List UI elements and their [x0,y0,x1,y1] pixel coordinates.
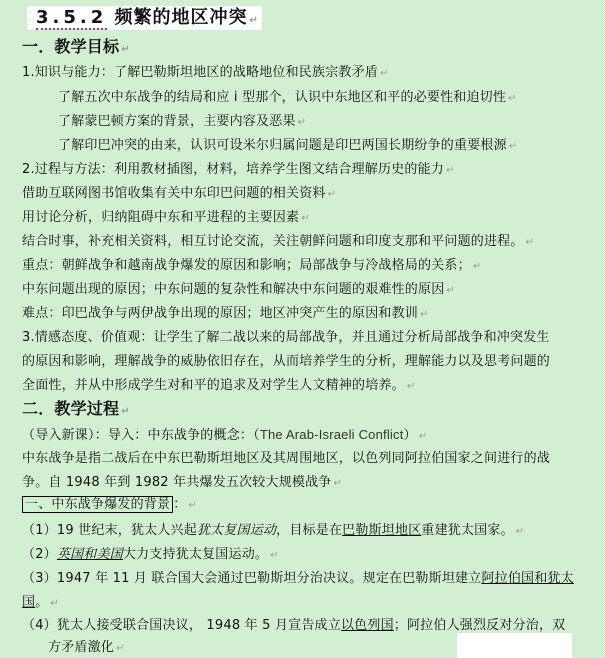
paragraph-mark-icon: ↵ [270,550,279,561]
paragraph-mark-icon: ↵ [328,189,337,200]
emotion-line: 的原因和影响，理解战争的威胁依旧存在，从而培养学生的分析，理解能力以及思考问题的 [22,353,550,371]
paragraph-mark-icon: ↵ [516,526,525,537]
paragraph-mark-icon: ↵ [188,500,197,511]
subheading-box: 一、中东战争爆发的背景 [22,496,173,513]
title-text: 频繁的地区冲突 [115,7,248,28]
title-number: 3.5.2 [36,7,107,30]
emotion-line: 全面性，并从中形成学生对和平的追求及对学生人文精神的培养。↵ [22,377,415,396]
process-item: 结合时事，补充相关资料，相互讨论交流，关注朝鲜问题和印度支那和平问题的进程。↵ [22,233,534,252]
paragraph-mark-icon: ↵ [446,285,455,296]
paragraph-mark-icon: ↵ [334,478,343,489]
paragraph-mark-icon: ↵ [121,406,130,417]
point-3-cont: 国。↵ [22,594,59,613]
section1-heading: 一．教学目标↵ [22,38,130,59]
paragraph-mark-icon: ↵ [508,93,517,104]
intro-line: （导入新课）：导入：中东战争的概念：（The Arab-Israeli Conf… [22,426,427,446]
paragraph-mark-icon: ↵ [116,643,125,654]
zionism-term: 犹太复国运动 [197,523,276,538]
paragraph-mark-icon: ↵ [446,165,455,176]
key-point: 重点：朝鲜战争和越南战争爆发的原因和影响；局部战争与冷战格局的关系；↵ [22,257,481,276]
paragraph-mark-icon: ↵ [473,261,482,272]
paragraph-mark-icon: ↵ [298,117,307,128]
knowledge-label: 1.知识与能力：了解巴勒斯坦地区的战略地位和民族宗教矛盾↵ [22,64,389,83]
point-4-cont: 方矛盾激化↵ [48,639,125,658]
knowledge-item: 了解五次中东战争的结局和应 i 型那个，认识中东地区和平的必要性和迫切性↵ [58,89,517,108]
page-title: 3.5.2 频繁的地区冲突↵ [36,6,259,33]
process-item: 借助互联网图书馆收集有关中东印巴问题的相关资料↵ [22,185,336,204]
english-term: The Arab-Israeli Conflict [260,427,404,442]
paragraph-mark-icon: ↵ [301,213,310,224]
watermark-patch [457,633,572,658]
paragraph-mark-icon: ↵ [407,381,416,392]
definition-line: 中东战争是指二战后在中东巴勒斯坦地区及其周围地区，以色列同阿拉伯国家之间进行的战 [22,450,550,468]
paragraph-mark-icon: ↵ [419,431,428,442]
point-1: （1）19 世纪末，犹太人兴起犹太复国运动，目标是在巴勒斯坦地区重建犹太国家。↵ [22,522,524,541]
paragraph-mark-icon: ↵ [121,44,130,55]
definition-line: 争。自 1948 年到 1982 年共爆发五次较大规模战争↵ [22,474,342,493]
knowledge-item: 了解印巴冲突的由来，认识可设米尔归属问题是印巴两国长期纷争的重要根源↵ [58,137,517,156]
emotion-line: 3.情感态度、价值观：让学生了解二战以来的局部战争，并且通过分析局部战争和冲突发… [22,329,550,347]
process-item: 用讨论分析，归纳阻碍中东和平进程的主要因素↵ [22,209,310,228]
paragraph-mark-icon: ↵ [50,598,59,609]
knowledge-item: 了解蒙巴顿方案的背景，主要内容及恶果↵ [58,113,306,132]
paragraph-mark-icon: ↵ [250,15,259,26]
key-point: 难点：印巴战争与两伊战争出现的原因；地区冲突产生的原因和教训↵ [22,305,429,324]
paragraph-mark-icon: ↵ [526,237,535,248]
paragraph-mark-icon: ↵ [420,309,429,320]
paragraph-mark-icon: ↵ [509,141,518,152]
paragraph-mark-icon: ↵ [380,68,389,79]
background-subheading: 一、中东战争爆发的背景：↵ [22,496,197,515]
process-label: 2.过程与方法：利用教材插图，材料，培养学生图文结合理解历史的能力↵ [22,161,455,180]
point-2: （2）英国和美国大力支持犹太复国运动。↵ [22,546,279,565]
point-3: （3）1947 年 11 月 联合国大会通过巴勒斯坦分治决议。规定在巴勒斯坦建立… [22,570,574,588]
section2-heading: 二．教学过程↵ [22,400,130,421]
key-point: 中东问题出现的原因；中东问题的复杂性和解决中东问题的艰难性的原因↵ [22,281,455,300]
